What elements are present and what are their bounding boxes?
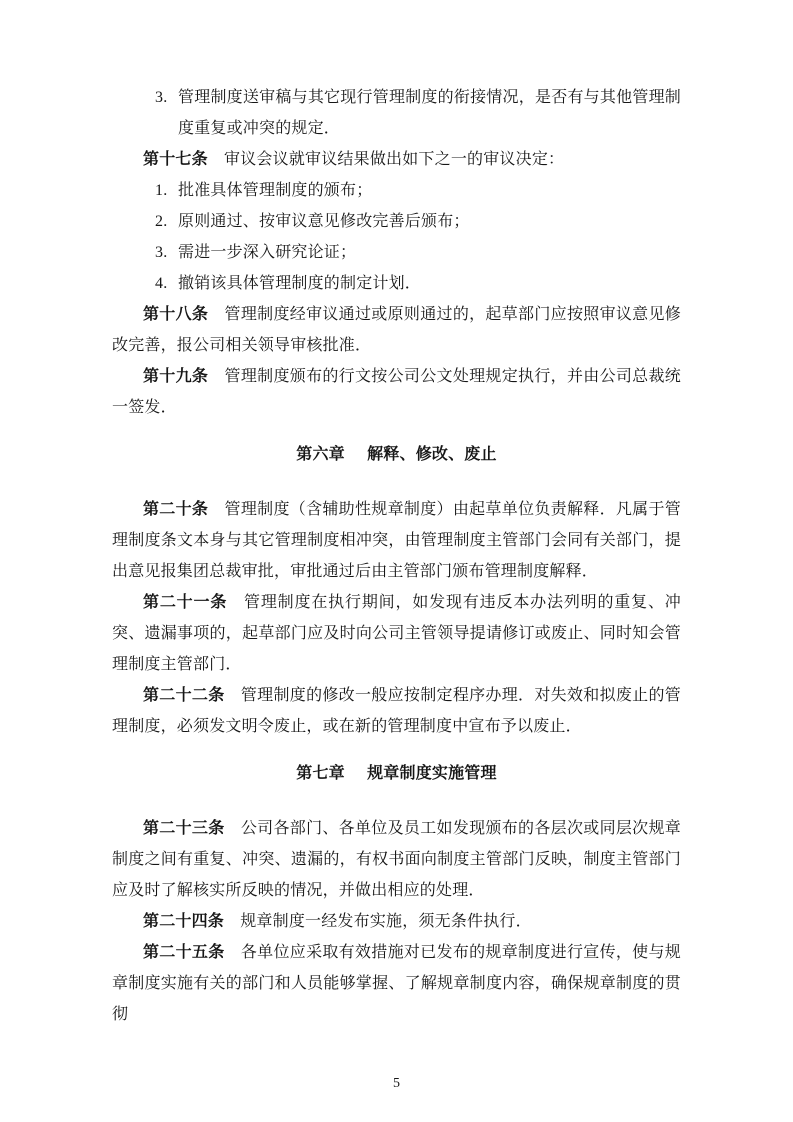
list-item-number: 3. [155, 237, 167, 268]
article-paragraph: 第二十三条 公司各部门、各单位及员工如发现颁布的各层次或同层次规章制度之间有重复… [112, 813, 681, 906]
list-item-number: 1. [155, 175, 167, 206]
article-label: 第二十条 [143, 501, 208, 518]
list-item-text: 撤销该具体管理制度的制定计划． [178, 275, 421, 292]
list-item: 2. 原则通过、按审议意见修改完善后颁布； [112, 206, 681, 237]
list-item-text: 原则通过、按审议意见修改完善后颁布； [178, 213, 470, 230]
article-paragraph: 第十八条 管理制度经审议通过或原则通过的，起草部门应按照审议意见修改完善，报公司… [112, 299, 681, 361]
list-item-number: 3. [155, 82, 167, 113]
page-number: 5 [0, 1076, 793, 1092]
article-paragraph: 第二十四条 规章制度一经发布实施，须无条件执行． [112, 906, 681, 937]
list-item: 1. 批准具体管理制度的颁布； [112, 175, 681, 206]
article-label: 第二十三条 [143, 820, 225, 837]
article-label: 第二十五条 [143, 944, 225, 961]
article-paragraph: 第十七条 审议会议就审议结果做出如下之一的审议决定： [112, 144, 681, 175]
chapter-title: 解释、修改、废止 [367, 446, 497, 463]
article-label: 第十八条 [143, 306, 208, 323]
article-text: 审议会议就审议结果做出如下之一的审议决定： [224, 151, 564, 168]
list-item-number: 4. [155, 268, 167, 299]
article-label: 第二十一条 [143, 594, 227, 611]
chapter-label: 第七章 [296, 765, 345, 782]
article-paragraph: 第十九条 管理制度颁布的行文按公司公文处理规定执行，并由公司总裁统一签发． [112, 361, 681, 423]
list-item: 4. 撤销该具体管理制度的制定计划． [112, 268, 681, 299]
list-item-text: 批准具体管理制度的颁布； [178, 182, 372, 199]
article-label: 第十九条 [143, 368, 208, 385]
article-text: 规章制度一经发布实施，须无条件执行． [240, 913, 532, 930]
document-page: 3. 管理制度送审稿与其它现行管理制度的衔接情况，是否有与其他管理制度重复或冲突… [0, 0, 793, 1122]
article-label: 第二十四条 [143, 913, 224, 930]
article-paragraph: 第二十五条 各单位应采取有效措施对已发布的规章制度进行宣传，使与规章制度实施有关… [112, 937, 681, 1030]
chapter-heading: 第六章 解释、修改、废止 [112, 439, 681, 470]
article-paragraph: 第二十条 管理制度（含辅助性规章制度）由起草单位负责解释．凡属于管理制度条文本身… [112, 494, 681, 587]
article-paragraph: 第二十二条 管理制度的修改一般应按制定程序办理．对失效和拟废止的管理制度，必须发… [112, 680, 681, 742]
list-item: 3. 管理制度送审稿与其它现行管理制度的衔接情况，是否有与其他管理制度重复或冲突… [112, 82, 681, 144]
chapter-title: 规章制度实施管理 [367, 765, 497, 782]
article-paragraph: 第二十一条 管理制度在执行期间，如发现有违反本办法列明的重复、冲突、遗漏事项的，… [112, 587, 681, 680]
document-content: 3. 管理制度送审稿与其它现行管理制度的衔接情况，是否有与其他管理制度重复或冲突… [112, 82, 681, 1030]
list-item: 3. 需进一步深入研究论证； [112, 237, 681, 268]
list-item-text: 需进一步深入研究论证； [178, 244, 356, 261]
chapter-label: 第六章 [296, 446, 345, 463]
list-item-number: 2. [155, 206, 167, 237]
list-item-text: 管理制度送审稿与其它现行管理制度的衔接情况，是否有与其他管理制度重复或冲突的规定… [178, 89, 681, 137]
article-label: 第二十二条 [143, 687, 225, 704]
article-label: 第十七条 [143, 151, 208, 168]
chapter-heading: 第七章 规章制度实施管理 [112, 758, 681, 789]
